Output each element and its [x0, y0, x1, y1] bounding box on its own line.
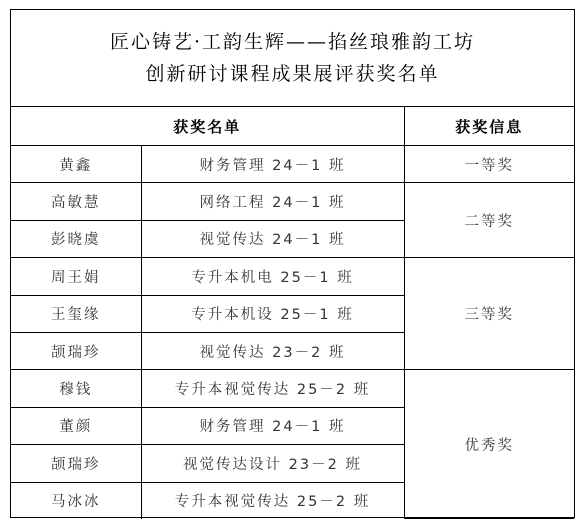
winner-name: 董颜	[11, 407, 141, 444]
winner-name: 黄鑫	[11, 146, 141, 183]
award-third-prize: 三等奖	[404, 258, 574, 370]
title-block: 匠心铸艺·工韵生辉——掐丝琅雅韵工坊 创新研讨课程成果展评获奖名单	[11, 10, 574, 107]
award-table: 获奖名单 获奖信息 黄鑫 财务管理 24－1 班 一等奖 高敏慧 网络工程 24…	[11, 106, 574, 519]
winner-class: 视觉传达 23－2 班	[141, 332, 404, 369]
winner-class: 财务管理 24－1 班	[141, 146, 404, 183]
winner-name: 王玺缘	[11, 295, 141, 332]
winner-class: 财务管理 24－1 班	[141, 407, 404, 444]
winner-class: 视觉传达设计 23－2 班	[141, 445, 404, 482]
winner-class: 专升本视觉传达 25－2 班	[141, 482, 404, 519]
award-second-prize: 二等奖	[404, 183, 574, 258]
winner-name: 穆钱	[11, 370, 141, 407]
header-winners: 获奖名单	[11, 107, 404, 146]
header-award-info: 获奖信息	[404, 107, 574, 146]
award-excellence-prize: 优秀奖	[404, 370, 574, 519]
table-header-row: 获奖名单 获奖信息	[11, 107, 574, 146]
award-first-prize: 一等奖	[404, 146, 574, 183]
winner-name: 颉瑞珍	[11, 332, 141, 369]
award-list-document: 匠心铸艺·工韵生辉——掐丝琅雅韵工坊 创新研讨课程成果展评获奖名单 获奖名单 获…	[10, 9, 575, 518]
winner-class: 专升本视觉传达 25－2 班	[141, 370, 404, 407]
table-row: 高敏慧 网络工程 24－1 班 二等奖	[11, 183, 574, 220]
table-row: 穆钱 专升本视觉传达 25－2 班 优秀奖	[11, 370, 574, 407]
title-line-2: 创新研讨课程成果展评获奖名单	[145, 58, 439, 90]
table-row: 周王娟 专升本机电 25－1 班 三等奖	[11, 258, 574, 295]
winner-class: 视觉传达 24－1 班	[141, 220, 404, 257]
winner-class: 网络工程 24－1 班	[141, 183, 404, 220]
table-row: 黄鑫 财务管理 24－1 班 一等奖	[11, 146, 574, 183]
winner-name: 周王娟	[11, 258, 141, 295]
winner-class: 专升本机设 25－1 班	[141, 295, 404, 332]
winner-name: 彭晓虞	[11, 220, 141, 257]
winner-name: 马冰冰	[11, 482, 141, 519]
winner-name: 高敏慧	[11, 183, 141, 220]
winner-name: 颉瑞珍	[11, 445, 141, 482]
winner-class: 专升本机电 25－1 班	[141, 258, 404, 295]
title-line-1: 匠心铸艺·工韵生辉——掐丝琅雅韵工坊	[110, 26, 475, 58]
